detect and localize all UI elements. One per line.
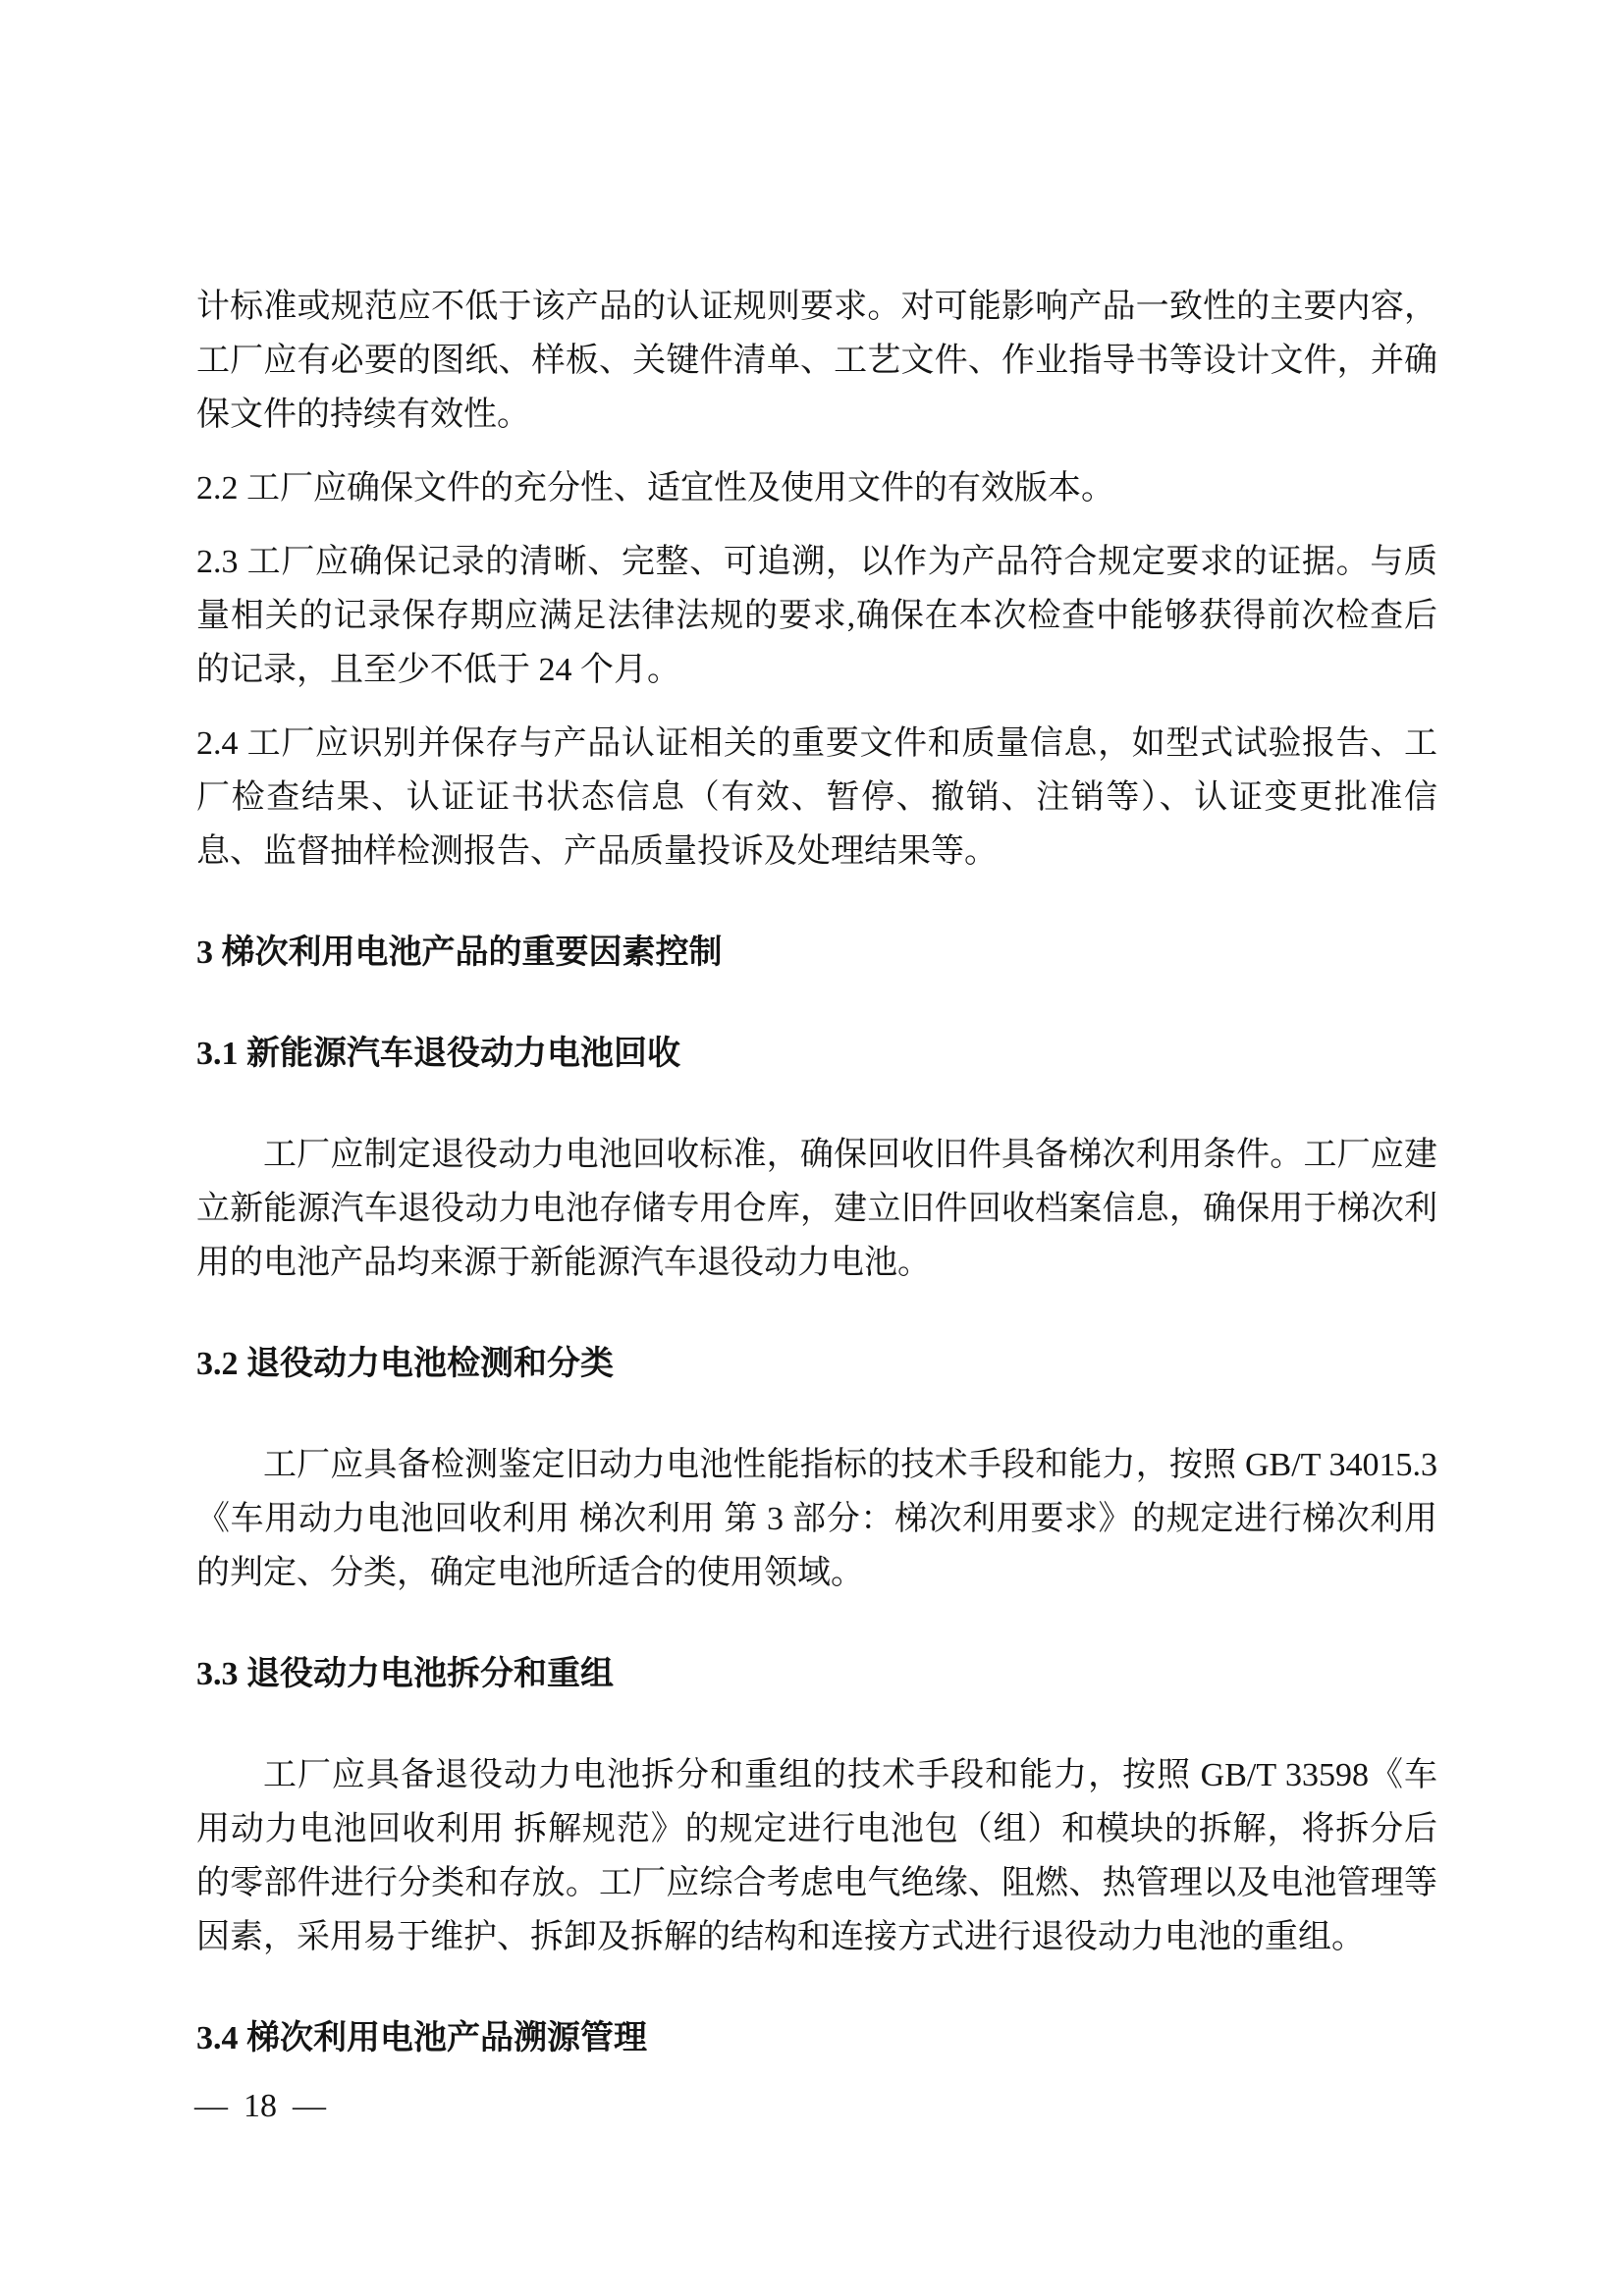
page-number: 18: [244, 2088, 277, 2124]
section-3-3-heading: 3.3 退役动力电池拆分和重组: [196, 1647, 1437, 1701]
section-3-heading: 3 梯次利用电池产品的重要因素控制: [196, 926, 1437, 980]
section-3-4-heading: 3.4 梯次利用电池产品溯源管理: [196, 2011, 1437, 2065]
section-3-3-paragraph: 工厂应具备退役动力电池拆分和重组的技术手段和能力，按照 GB/T 33598《车…: [196, 1748, 1437, 1964]
footer-dash-right: —: [293, 2079, 326, 2133]
footer-dash-left: —: [194, 2079, 228, 2133]
clause-2-4-paragraph: 2.4 工厂应识别并保存与产品认证相关的重要文件和质量信息，如型式试验报告、工厂…: [196, 717, 1437, 879]
document-page: 计标准或规范应不低于该产品的认证规则要求。对可能影响产品一致性的主要内容，工厂应…: [0, 0, 1624, 2296]
section-3-1-heading: 3.1 新能源汽车退役动力电池回收: [196, 1027, 1437, 1081]
clause-2-3-paragraph: 2.3 工厂应确保记录的清晰、完整、可追溯，以作为产品符合规定要求的证据。与质量…: [196, 535, 1437, 697]
section-3-1-paragraph: 工厂应制定退役动力电池回收标准，确保回收旧件具备梯次利用条件。工厂应建立新能源汽…: [196, 1128, 1437, 1290]
section-3-2-paragraph: 工厂应具备检测鉴定旧动力电池性能指标的技术手段和能力，按照 GB/T 34015…: [196, 1438, 1437, 1600]
continued-paragraph: 计标准或规范应不低于该产品的认证规则要求。对可能影响产品一致性的主要内容，工厂应…: [196, 280, 1437, 442]
document-body: 计标准或规范应不低于该产品的认证规则要求。对可能影响产品一致性的主要内容，工厂应…: [196, 280, 1437, 2112]
page-footer: —18—: [179, 2079, 342, 2133]
clause-2-2-paragraph: 2.2 工厂应确保文件的充分性、适宜性及使用文件的有效版本。: [196, 461, 1437, 515]
section-3-2-heading: 3.2 退役动力电池检测和分类: [196, 1337, 1437, 1391]
